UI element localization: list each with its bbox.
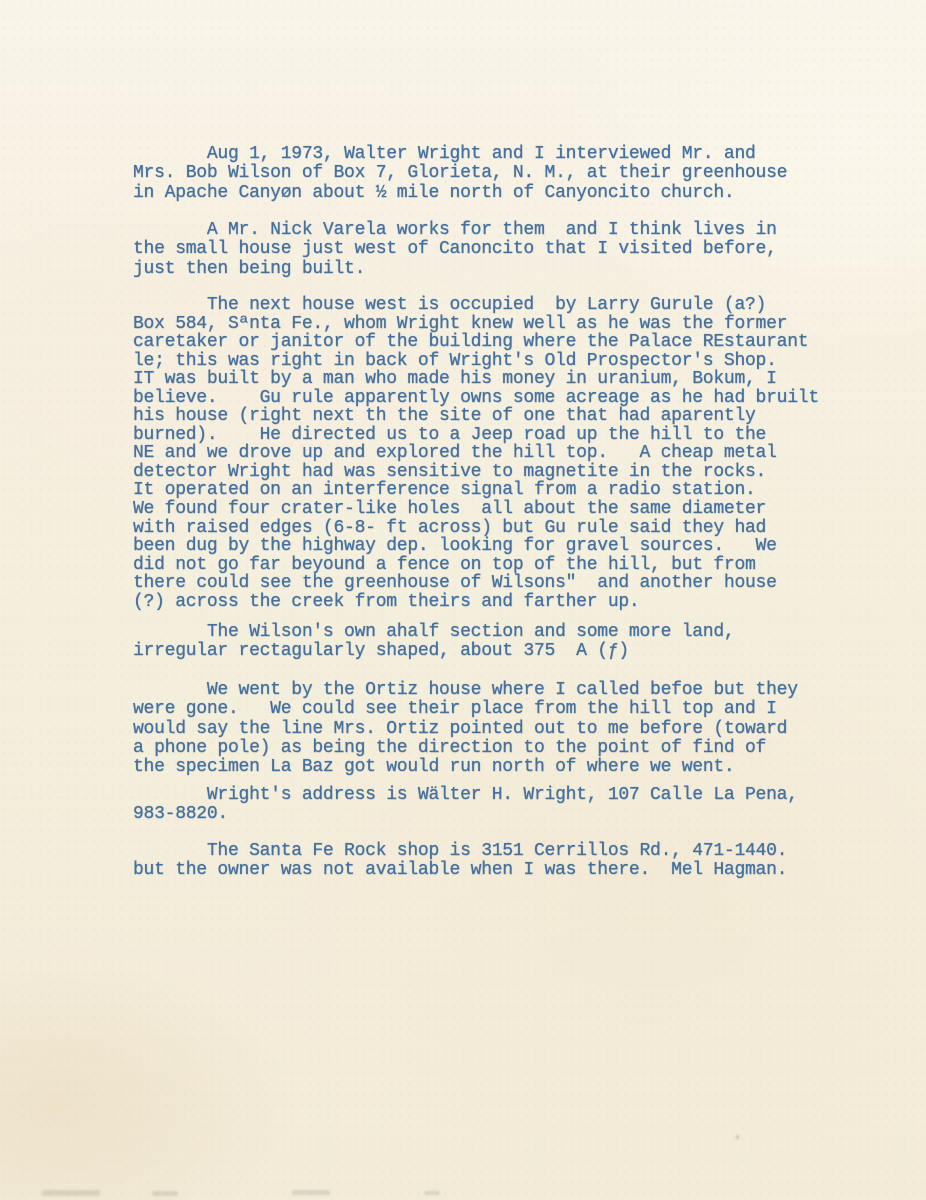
scan-artifact (424, 1191, 440, 1195)
scan-artifact (152, 1191, 178, 1196)
scan-artifact (292, 1190, 330, 1195)
scan-artifact (736, 1135, 739, 1139)
paragraph-gurule-hilltop: The next house west is occupied by Larry… (133, 296, 819, 611)
scan-artifact (42, 1190, 100, 1196)
paragraph-nick-varela: A Mr. Nick Varela works for them and I t… (133, 221, 777, 279)
paragraph-ortiz-house: We went by the Ortiz house where I calle… (133, 681, 798, 777)
paragraph-wright-address: Wright's address is Wälter H. Wright, 10… (133, 786, 798, 825)
paragraph-interview-intro: Aug 1, 1973, Walter Wright and I intervi… (133, 145, 787, 203)
paragraph-rock-shop: The Santa Fe Rock shop is 3151 Cerrillos… (133, 842, 787, 881)
document-page: Aug 1, 1973, Walter Wright and I intervi… (0, 0, 926, 1200)
paragraph-wilson-land: The Wilson's own ahalf section and some … (133, 623, 734, 662)
